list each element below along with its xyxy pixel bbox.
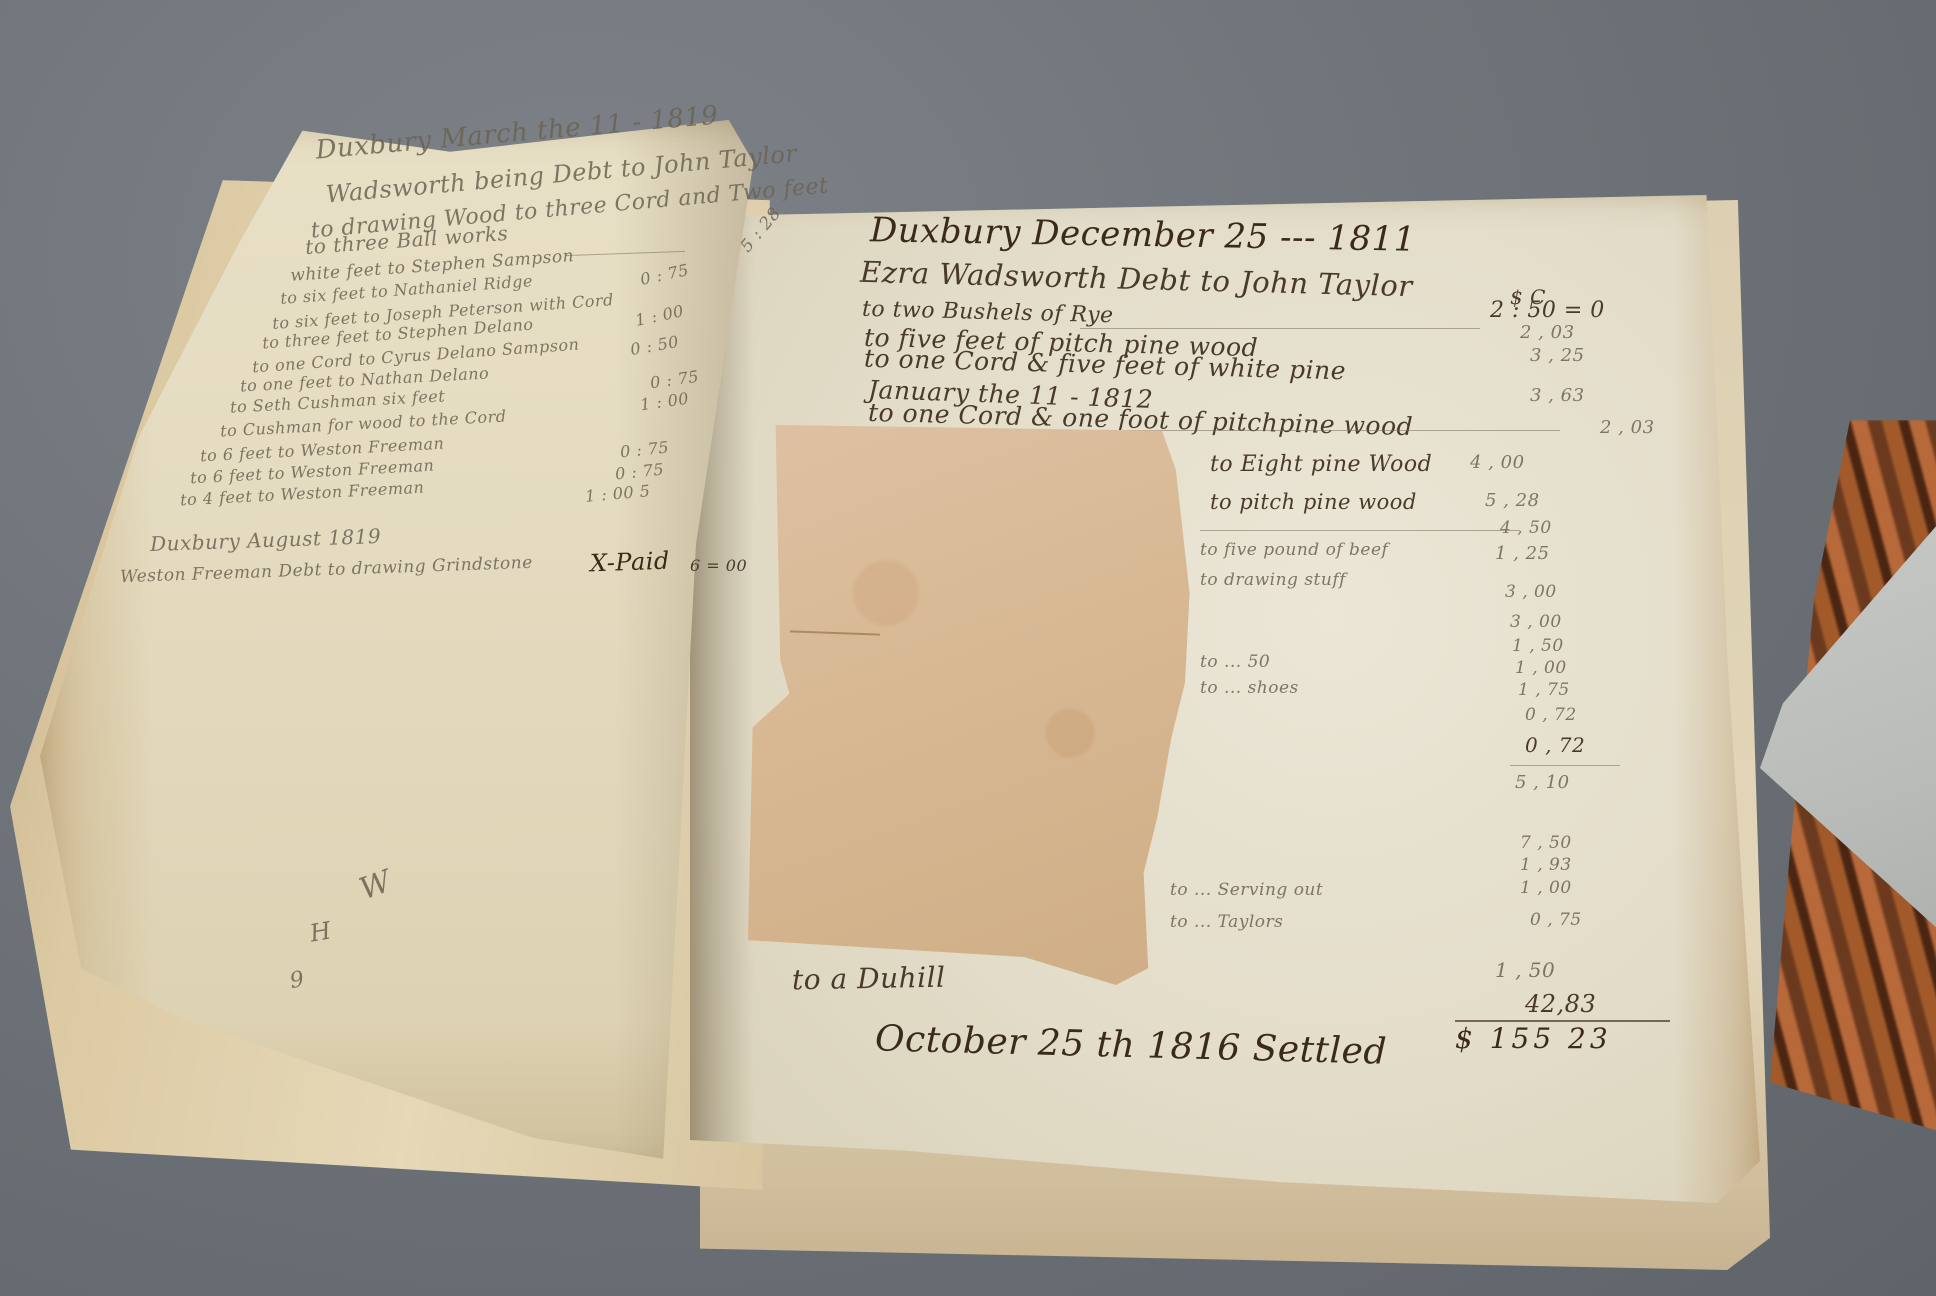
right-amount: 5 , 10	[1515, 772, 1570, 793]
right-amount: 3 , 00	[1510, 612, 1562, 632]
right-amount: 7 , 50	[1520, 833, 1572, 853]
right-amount: 0 , 72	[1525, 705, 1577, 725]
right-amount: 0 , 72	[1525, 733, 1585, 757]
right-amount: 4 , 00	[1470, 452, 1525, 473]
right-amount: 1 , 75	[1518, 680, 1570, 700]
right-entry: to drawing stuff	[1200, 570, 1346, 590]
right-last-amount: 1 , 50	[1495, 958, 1555, 982]
right-entry: to Eight pine Wood	[1210, 452, 1432, 477]
ledger-rule	[1200, 530, 1520, 531]
right-entry: to five pound of beef	[1200, 540, 1388, 560]
right-amount: 1 , 00	[1520, 878, 1572, 898]
grand-total: $ 155 23	[1455, 1022, 1612, 1055]
right-entry: to ... Taylors	[1170, 912, 1283, 932]
right-amount: 1 , 50	[1512, 636, 1564, 656]
right-amount: 1 , 93	[1520, 855, 1572, 875]
paid-mark: X-Paid	[590, 547, 671, 578]
ledger-rule	[1510, 765, 1620, 766]
right-amount: 4 , 50	[1500, 518, 1552, 538]
ledger-total: 42,83	[1525, 990, 1596, 1018]
right-amount: 2 , 03	[1600, 417, 1655, 438]
right-amount: 5 , 28	[1485, 490, 1540, 511]
right-amount: 1 , 25	[1495, 543, 1550, 564]
right-amount: 0 , 75	[1530, 910, 1582, 930]
inserted-loose-sheet	[748, 425, 1208, 985]
photo-scene: Duxbury December 25 --- 1811 Ezra Wadswo…	[0, 0, 1936, 1296]
right-entry: to pitch pine wood	[1210, 490, 1417, 514]
right-amount: 3 , 63	[1530, 385, 1585, 406]
right-amount: 3 , 00	[1505, 582, 1557, 602]
right-entry: to ... Serving out	[1170, 880, 1323, 900]
ledger-rule	[1080, 328, 1480, 329]
right-amount: 1 , 00	[1515, 658, 1567, 678]
right-amount: 2 , 03	[1520, 322, 1575, 343]
right-entry: to ... 50	[1200, 652, 1270, 672]
right-last-entry: to a Duhill	[792, 961, 946, 997]
right-amount: 3 , 25	[1530, 345, 1585, 366]
margin-mark: H	[308, 916, 334, 947]
left-footer-amount: 6 = 00	[690, 556, 747, 575]
right-entry: to ... shoes	[1200, 678, 1299, 698]
right-amount: 2 : 50 = 0	[1490, 298, 1605, 323]
